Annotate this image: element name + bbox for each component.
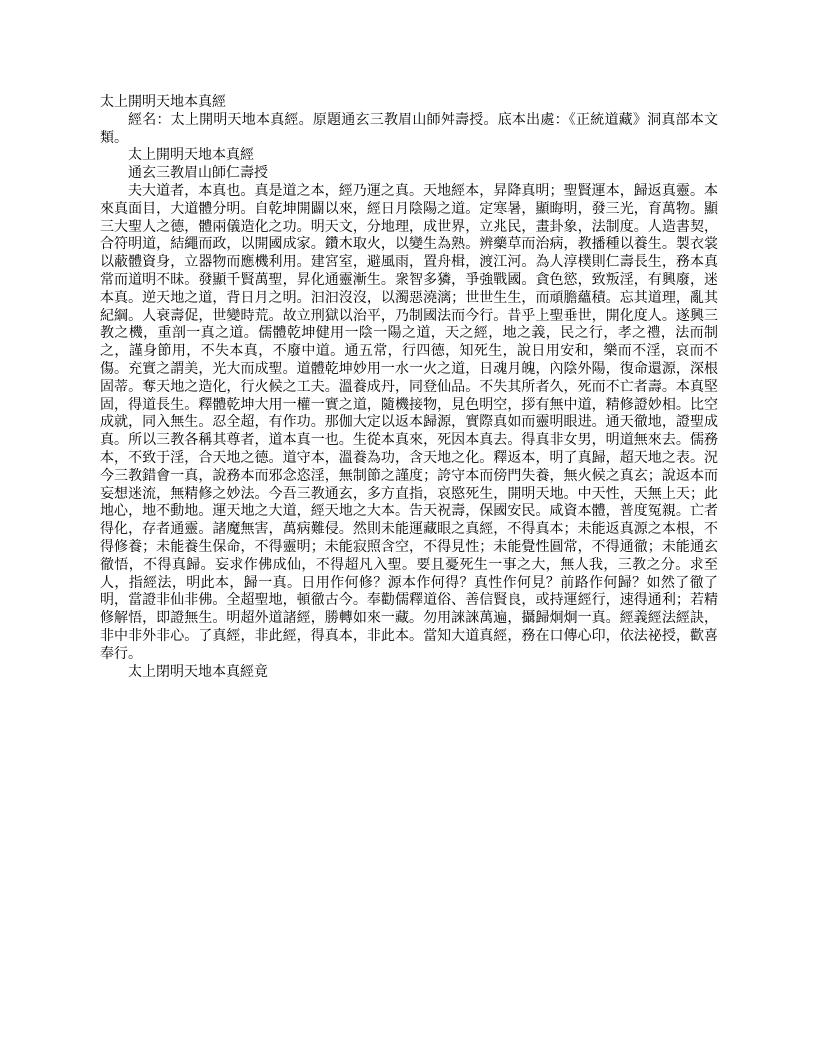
document-page: 太上開明天地本真經 經名：太上開明天地本真經。原題通玄三教眉山師舛壽授。底本出處… bbox=[0, 0, 816, 1056]
scripture-body: 夫大道者，本真也。真是道之本，經乃運之真。天地經本，昇降真明；聖賢運本，歸返真靈… bbox=[100, 183, 718, 664]
document-title: 太上開明天地本真經 bbox=[100, 94, 718, 112]
colophon-note: 經名：太上開明天地本真經。原題通玄三教眉山師舛壽授。底本出處：《正統道藏》洞真部… bbox=[100, 112, 718, 148]
attribution-line: 通玄三教眉山師仁壽授 bbox=[100, 165, 718, 183]
inner-title: 太上開明天地本真經 bbox=[100, 147, 718, 165]
ending-line: 太上閉明天地本真經竟 bbox=[100, 664, 718, 682]
